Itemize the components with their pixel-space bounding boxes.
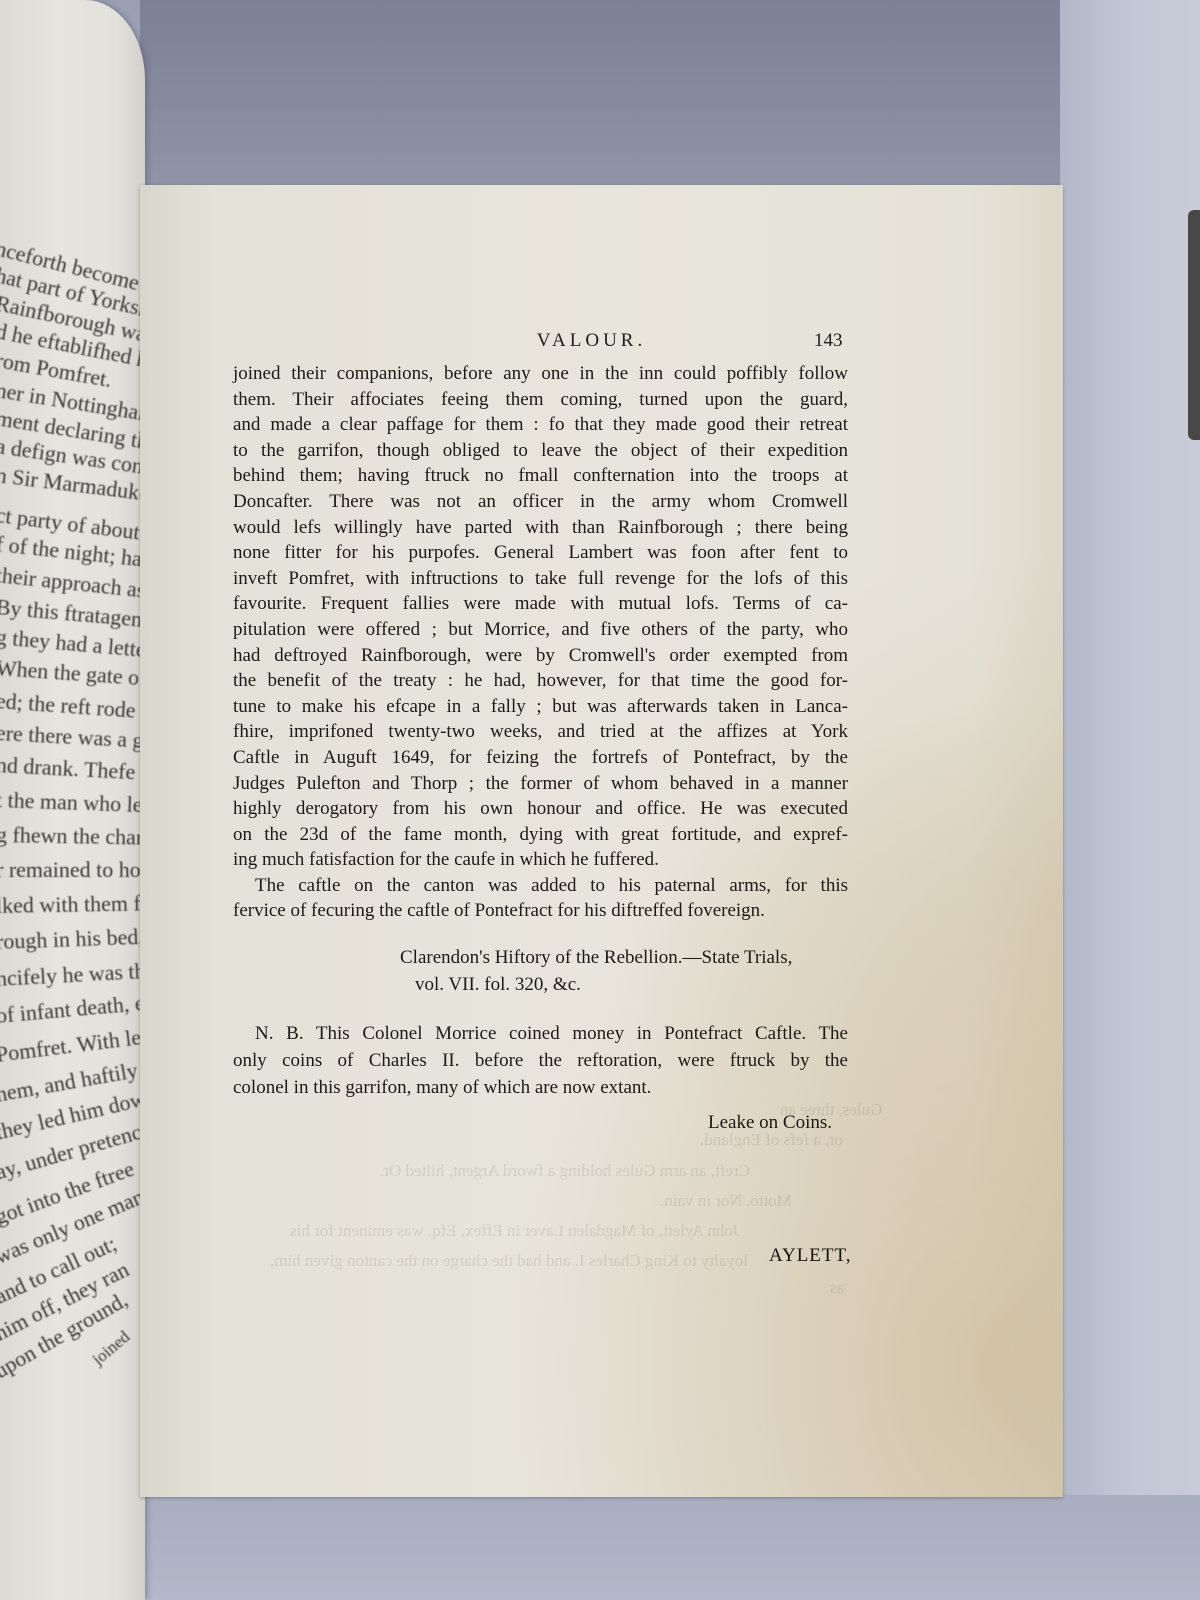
show-through-line: Motto. Nor in vain. <box>660 1191 792 1211</box>
left-page-line: rough in his bed, wi <box>0 923 145 955</box>
text-line: had deftroyed Rainfborough, were by Crom… <box>233 643 848 669</box>
book-page: Gules, three an or, a fefs of England. C… <box>140 185 1063 1497</box>
backdrop-bottom <box>140 1495 1200 1600</box>
left-page-line: t the man who let the <box>0 787 145 819</box>
nb-line: only coins of Charles II. before the ref… <box>233 1047 848 1074</box>
catchword: AYLETT, <box>769 1245 851 1267</box>
text-line: inveft Pomfret, with inftructions to tak… <box>233 566 848 592</box>
text-line: to the garrifon, though obliged to leave… <box>233 438 848 464</box>
show-through-line: John Aylett, of Magdalen Laver in Effex,… <box>290 1221 739 1241</box>
left-page-line: joined <box>89 1327 134 1370</box>
text-line: fervice of fecuring the caftle of Pontef… <box>233 898 848 924</box>
left-page-line: lked with them for <box>0 890 145 919</box>
left-page-line: ed; the reft rode to <box>0 688 145 725</box>
text-line: tune to make his efcape in a fally ; but… <box>233 694 848 720</box>
text-line: The caftle on the canton was added to hi… <box>233 873 848 899</box>
nb-line: colonel in this garrifon, many of which … <box>233 1074 848 1101</box>
text-line: Caftle in Auguft 1649, for feizing the f… <box>233 745 848 771</box>
citation-line-2: vol. VII. fol. 320, &c. <box>415 974 581 996</box>
text-line: favourite. Frequent fallies were made wi… <box>233 591 848 617</box>
text-line: behind them; having ftruck no fmall conf… <box>233 463 848 489</box>
show-through-line: as <box>830 1278 844 1298</box>
left-facing-page: nceforth become a ple hat part of Yorksh… <box>0 0 145 1600</box>
text-line: them. Their affociates feeing them comin… <box>233 387 848 413</box>
show-through-line: Creft, an arm Gules holding a fword Arge… <box>380 1161 750 1181</box>
citation-line-1: Clarendon's Hiftory of the Rebellion.—St… <box>400 947 792 969</box>
text-line: Doncafter. There was not an officer in t… <box>233 489 848 515</box>
backdrop-right <box>1060 0 1200 1600</box>
left-page-line: r remained to hold th <box>0 857 145 883</box>
left-page-line: ere there was a gua <box>0 720 145 755</box>
text-line: the benefit of the treaty : he had, howe… <box>233 668 848 694</box>
nota-bene: N. B. This Colonel Morrice coined money … <box>233 1020 848 1101</box>
text-line: none fitter for his purpofes. General La… <box>233 540 848 566</box>
running-head: VALOUR. <box>120 330 1063 352</box>
left-page-line: ncifely he was the <box>0 958 145 992</box>
left-page-line: g fhewn the cham <box>0 822 145 851</box>
dark-object-edge <box>1188 210 1200 440</box>
text-line: on the 23d of the fame month, dying with… <box>233 822 848 848</box>
page-number: 143 <box>814 330 843 352</box>
backdrop-top <box>140 0 1200 185</box>
nb-line: N. B. This Colonel Morrice coined money … <box>233 1020 848 1047</box>
text-line: joined their companions, before any one … <box>233 361 848 387</box>
text-line: would lefs willingly have parted with th… <box>233 515 848 541</box>
citation-leake: Leake on Coins. <box>708 1112 832 1134</box>
text-line: and made a clear paffage for them : fo t… <box>233 412 848 438</box>
show-through-line: loyalty to King Charles I. and had the c… <box>270 1251 748 1271</box>
left-page-line: of infant death, e <box>0 990 145 1029</box>
text-line: pitulation were offered ; but Morrice, a… <box>233 617 848 643</box>
body-text: joined their companions, before any one … <box>233 361 848 924</box>
left-page-line: nd drank. Thefe w <box>0 752 145 786</box>
text-line: ing much fatisfaction for the caufe in w… <box>233 847 848 873</box>
text-line: Judges Pulefton and Thorp ; the former o… <box>233 771 848 797</box>
text-line: highly derogatory from his own honour an… <box>233 796 848 822</box>
text-line: fhire, imprifoned twenty-two weeks, and … <box>233 719 848 745</box>
